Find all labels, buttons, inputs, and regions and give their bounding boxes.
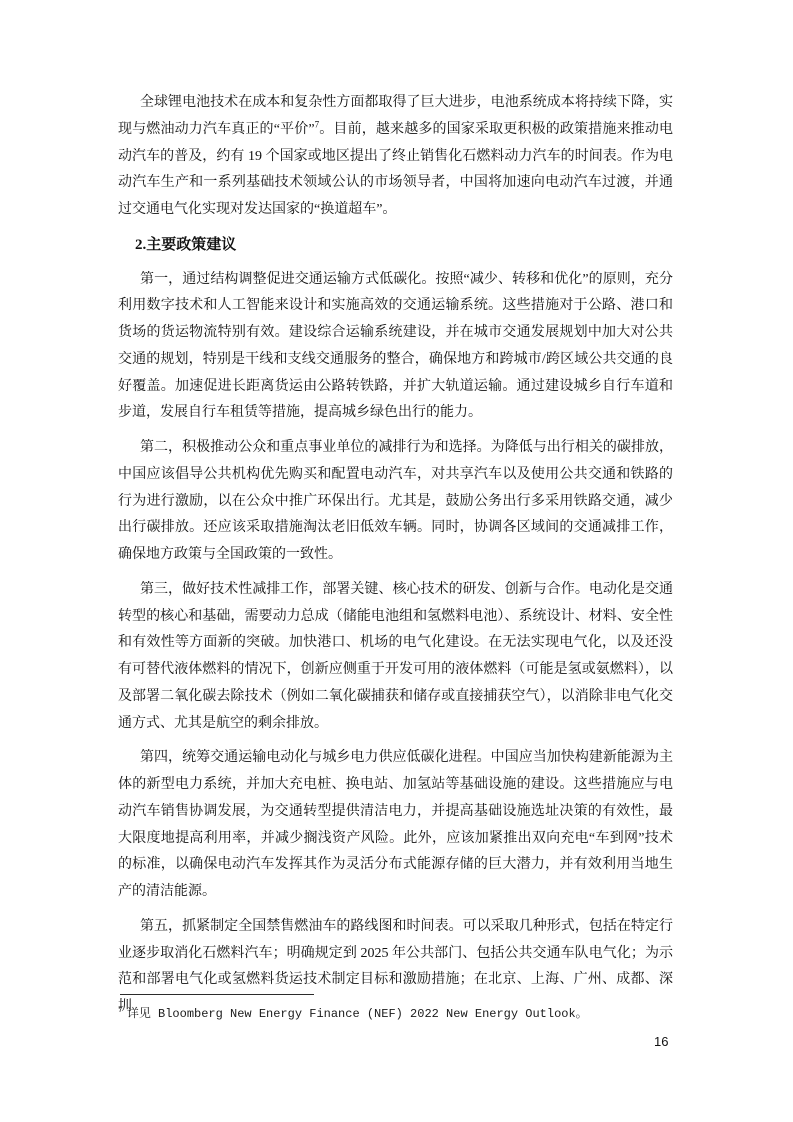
page-body: 全球锂电池技术在成本和复杂性方面都取得了巨大进步，电池系统成本将持续下降，实现与… xyxy=(118,90,673,1021)
footnote-text: 详见 Bloomberg New Energy Finance (NEF) 20… xyxy=(127,1007,588,1021)
paragraph-intro: 全球锂电池技术在成本和复杂性方面都取得了巨大进步，电池系统成本将持续下降，实现与… xyxy=(118,90,673,224)
footnote: 7详见 Bloomberg New Energy Finance (NEF) 2… xyxy=(118,1001,673,1024)
page-number: 16 xyxy=(654,1034,668,1049)
footnote-marker: 7 xyxy=(118,1006,123,1015)
document-page: 全球锂电池技术在成本和复杂性方面都取得了巨大进步，电池系统成本将持续下降，实现与… xyxy=(0,0,793,1122)
section-heading: 2.主要政策建议 xyxy=(118,232,673,259)
paragraph-recommendation-1: 第一，通过结构调整促进交通运输方式低碳化。按照“减少、转移和优化”的原则，充分利… xyxy=(118,267,673,428)
paragraph-recommendation-3: 第三，做好技术性减排工作，部署关键、核心技术的研发、创新与合作。电动化是交通转型… xyxy=(118,577,673,738)
footnote-area: 7详见 Bloomberg New Energy Finance (NEF) 2… xyxy=(118,994,673,1024)
paragraph-recommendation-2: 第二，积极推动公众和重点事业单位的减排行为和选择。为降低与出行相关的碳排放，中国… xyxy=(118,435,673,569)
paragraph-recommendation-4: 第四，统筹交通运输电动化与城乡电力供应低碳化进程。中国应当加快构建新能源为主体的… xyxy=(118,745,673,906)
footnote-separator xyxy=(120,994,314,995)
